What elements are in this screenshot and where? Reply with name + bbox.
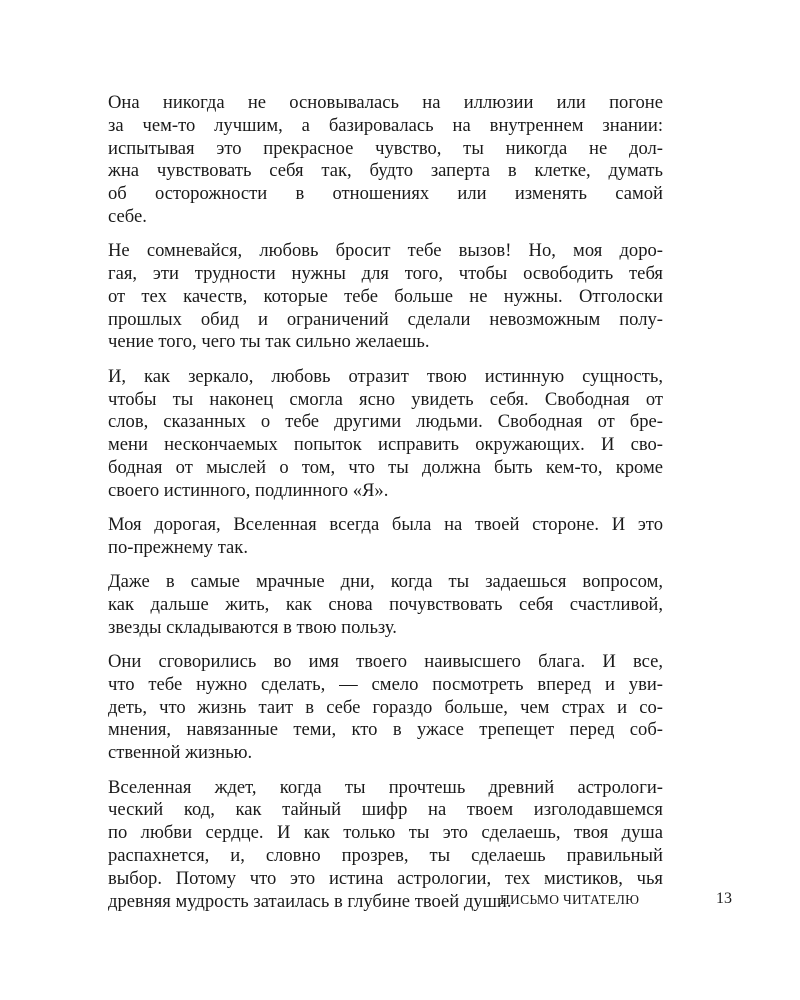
text-line: Вселенная ждет, когда ты прочтешь древни… <box>108 777 663 800</box>
text-line: ственной жизнью. <box>108 742 663 765</box>
text-line: слов, сказанных о тебе другими людьми. С… <box>108 411 663 434</box>
text-line: от тех качеств, которые тебе больше не н… <box>108 286 663 309</box>
text-line: Моя дорогая, Вселенная всегда была на тв… <box>108 514 663 537</box>
text-line: мнения, навязанные теми, кто в ужасе тре… <box>108 719 663 742</box>
text-line: Они сговорились во имя твоего наивысшего… <box>108 651 663 674</box>
text-line: испытывая это прекрасное чувство, ты ник… <box>108 138 663 161</box>
text-line: деть, что жизнь таит в себе гораздо боль… <box>108 697 663 720</box>
text-line: по любви сердце. И как только ты это сде… <box>108 822 663 845</box>
text-line: чение того, чего ты так сильно желаешь. <box>108 331 663 354</box>
paragraph-2: Не сомневайся, любовь бросит тебе вызов!… <box>108 240 663 354</box>
text-line: своего истинного, подлинного «Я». <box>108 480 663 503</box>
text-line: выбор. Потому что это истина астрологии,… <box>108 868 663 891</box>
page-number: 13 <box>716 890 732 908</box>
body-text: Она никогда не основывалась на иллюзии и… <box>108 92 663 925</box>
text-line: себе. <box>108 206 663 229</box>
text-line: что тебе нужно сделать, — смело посмотре… <box>108 674 663 697</box>
text-line: звезды складываются в твою пользу. <box>108 617 663 640</box>
text-line: гая, эти трудности нужны для того, чтобы… <box>108 263 663 286</box>
running-head: ПИСЬМО ЧИТАТЕЛЮ <box>500 892 639 908</box>
text-line: Она никогда не основывалась на иллюзии и… <box>108 92 663 115</box>
text-line: бодная от мыслей о том, что ты должна бы… <box>108 457 663 480</box>
text-line: чтобы ты наконец смогла ясно увидеть себ… <box>108 389 663 412</box>
paragraph-5: Даже в самые мрачные дни, когда ты задае… <box>108 571 663 639</box>
text-line: жна чувствовать себя так, будто заперта … <box>108 160 663 183</box>
text-line: ческий код, как тайный шифр на твоем изг… <box>108 799 663 822</box>
text-line: об осторожности в отношениях или изменят… <box>108 183 663 206</box>
text-line: И, как зеркало, любовь отразит твою исти… <box>108 366 663 389</box>
text-line: Не сомневайся, любовь бросит тебе вызов!… <box>108 240 663 263</box>
text-line: прошлых обид и ограничений сделали невоз… <box>108 309 663 332</box>
text-line: мени нескончаемых попыток исправить окру… <box>108 434 663 457</box>
page-footer: ПИСЬМО ЧИТАТЕЛЮ 13 <box>0 890 800 914</box>
text-line: за чем-то лучшим, а базировалась на внут… <box>108 115 663 138</box>
text-line: по-прежнему так. <box>108 537 663 560</box>
paragraph-6: Они сговорились во имя твоего наивысшего… <box>108 651 663 765</box>
text-line: распахнется, и, словно прозрев, ты сдела… <box>108 845 663 868</box>
book-page: Она никогда не основывалась на иллюзии и… <box>0 0 800 1000</box>
text-line: как дальше жить, как снова почувствовать… <box>108 594 663 617</box>
paragraph-3: И, как зеркало, любовь отразит твою исти… <box>108 366 663 503</box>
paragraph-4: Моя дорогая, Вселенная всегда была на тв… <box>108 514 663 560</box>
text-line: Даже в самые мрачные дни, когда ты задае… <box>108 571 663 594</box>
paragraph-1: Она никогда не основывалась на иллюзии и… <box>108 92 663 229</box>
